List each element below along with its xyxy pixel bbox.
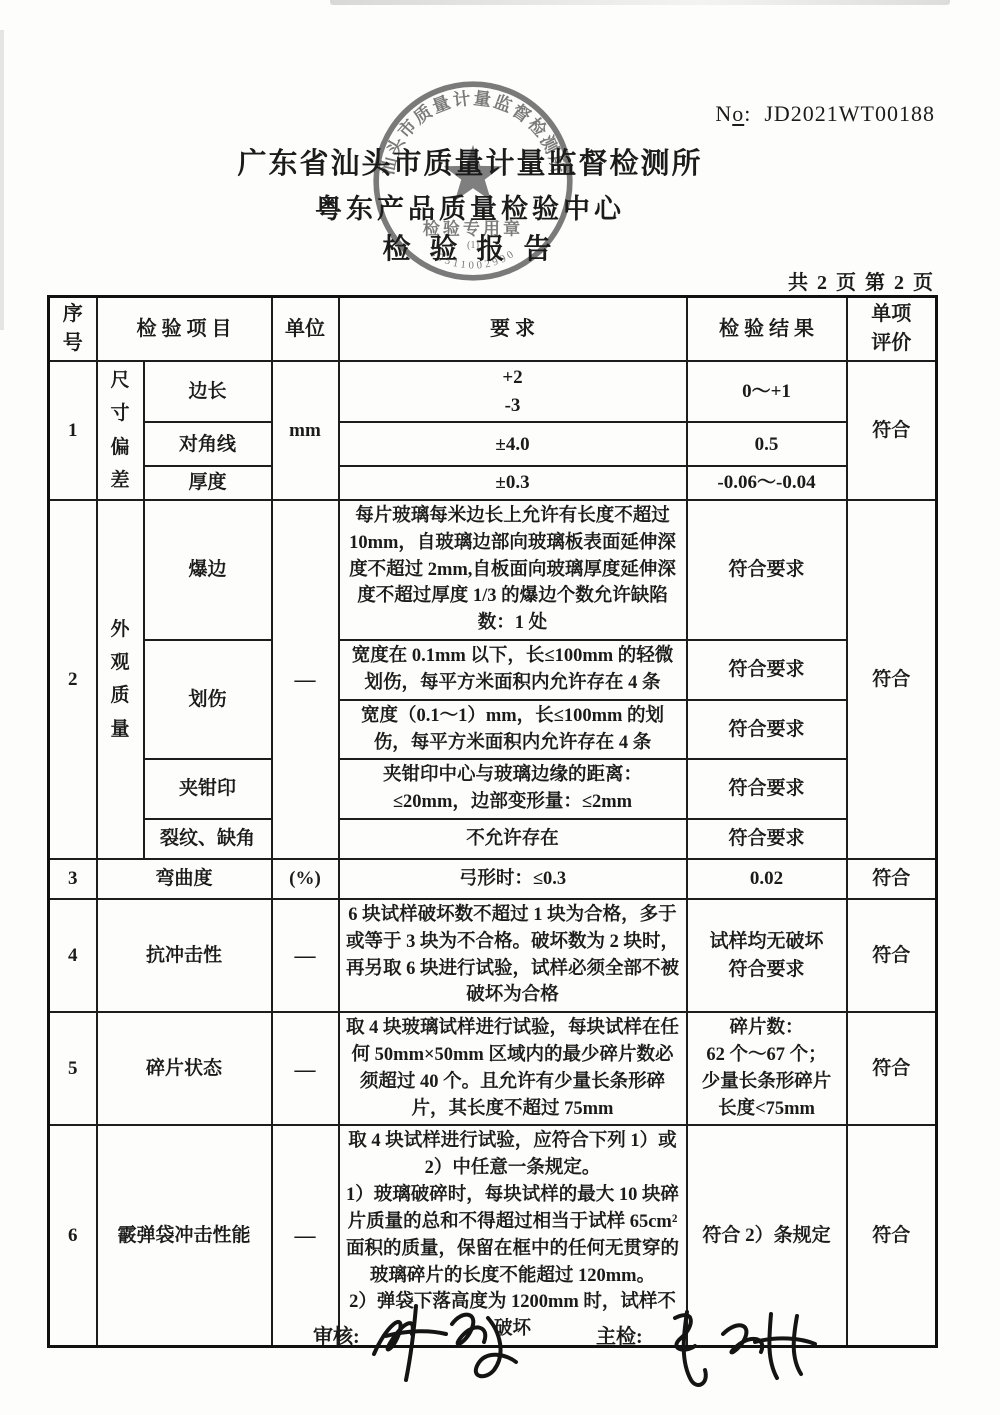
row4-unit: — <box>272 899 339 1012</box>
row5-item: 碎片状态 <box>97 1012 272 1125</box>
scanned-report-page: 汕头市质量计量监督检测所 检验专用章 (1) 40511002990 No: J… <box>0 0 1000 1415</box>
row3-evaluation: 符合 <box>847 859 937 899</box>
col-header-no: 序 号 <box>49 297 97 362</box>
row1-no: 1 <box>49 361 97 500</box>
row6-no: 6 <box>49 1125 97 1346</box>
row2-item-cracks: 裂纹、缺角 <box>144 819 272 859</box>
col-header-result: 检 验 结 果 <box>687 297 847 362</box>
organization-name: 广东省汕头市质量计量监督检测所 <box>0 141 940 182</box>
row2-category: 外观质量 <box>97 500 144 859</box>
row2-result-edge-chips: 符合要求 <box>687 500 847 640</box>
report-number-value: JD2021WT00188 <box>764 101 935 126</box>
chief-inspector-signature <box>655 1300 830 1400</box>
report-number: No: JD2021WT00188 <box>0 101 935 127</box>
inspection-center-name: 粤东产品质量检验中心 <box>0 187 940 226</box>
row2-evaluation: 符合 <box>847 500 937 859</box>
inspection-results-table: 序 号 检 验 项 目 单位 要 求 检 验 结 果 单项 评价 1 尺寸偏差 … <box>47 295 938 1348</box>
row6-item: 霰弹袋冲击性能 <box>97 1125 272 1346</box>
col-header-unit: 单位 <box>272 297 339 362</box>
row2-unit: — <box>272 500 339 859</box>
col-header-evaluation: 单项 评价 <box>847 297 937 362</box>
row1-category: 尺寸偏差 <box>97 361 144 500</box>
row6-unit: — <box>272 1125 339 1346</box>
row1-unit: mm <box>272 361 339 500</box>
row3-no: 3 <box>49 859 97 899</box>
row4-item: 抗冲击性 <box>97 899 272 1012</box>
row2-item-scratches: 划伤 <box>144 640 272 759</box>
row1-result-thickness: -0.06～-0.04 <box>687 466 847 500</box>
row2-item-edge-chips: 爆边 <box>144 500 272 640</box>
row1-req-diagonal: ±4.0 <box>339 422 687 466</box>
row4-no: 4 <box>49 899 97 1012</box>
row2-req-clamp-mark: 夹钳印中心与玻璃边缘的距离：≤20mm，边部变形量：≤2mm <box>339 759 687 819</box>
col-header-requirement: 要 求 <box>339 297 687 362</box>
row6-evaluation: 符合 <box>847 1125 937 1346</box>
row1-req-side-length: +2 -3 <box>339 361 687 422</box>
row2-result-scratches: 符合要求 <box>687 700 847 760</box>
row3-item: 弯曲度 <box>97 859 272 899</box>
row2-req-edge-chips: 每片玻璃每米边长上允许有长度不超过 10mm，自玻璃边部向玻璃板表面延伸深度不超… <box>339 500 687 640</box>
row2-req-cracks: 不允许存在 <box>339 819 687 859</box>
row1-item-thickness: 厚度 <box>144 466 272 500</box>
row2-no: 2 <box>49 500 97 859</box>
reviewer-label: 审核: <box>313 1320 360 1349</box>
row1-result-side-length: 0～+1 <box>687 361 847 422</box>
row2-result-cracks: 符合要求 <box>687 819 847 859</box>
row3-req: 弓形时：≤0.3 <box>339 859 687 899</box>
chief-inspector-label: 主检: <box>596 1320 643 1349</box>
col-header-item: 检 验 项 目 <box>97 297 272 362</box>
row1-item-diagonal: 对角线 <box>144 422 272 466</box>
row1-result-diagonal: 0.5 <box>687 422 847 466</box>
reviewer-signature <box>360 1292 530 1397</box>
row4-result: 试样均无破坏 符合要求 <box>687 899 847 1012</box>
row2-item-clamp-mark: 夹钳印 <box>144 759 272 819</box>
row2-req-scratches-light: 宽度在 0.1mm 以下，长≤100mm 的轻微划伤，每平方米面积内允许存在 4… <box>339 640 687 700</box>
document-title: 检 验 报 告 <box>0 227 940 267</box>
scan-artifact-top <box>330 0 950 5</box>
row2-req-scratches: 宽度（0.1～1）mm，长≤100mm 的划伤，每平方米面积内允许存在 4 条 <box>339 700 687 760</box>
row1-evaluation: 符合 <box>847 361 937 500</box>
row3-unit: (%) <box>272 859 339 899</box>
row3-result: 0.02 <box>687 859 847 899</box>
row4-req: 6 块试样破坏数不超过 1 块为合格，多于或等于 3 块为不合格。破坏数为 2 … <box>339 899 687 1012</box>
row4-evaluation: 符合 <box>847 899 937 1012</box>
row5-req: 取 4 块玻璃试样进行试验，每块试样在任何 50mm×50mm 区域内的最少碎片… <box>339 1012 687 1125</box>
row1-item-side-length: 边长 <box>144 361 272 422</box>
row5-no: 5 <box>49 1012 97 1125</box>
row1-req-thickness: ±0.3 <box>339 466 687 500</box>
row5-evaluation: 符合 <box>847 1012 937 1125</box>
row2-result-clamp-mark: 符合要求 <box>687 759 847 819</box>
row2-result-scratches-light: 符合要求 <box>687 640 847 700</box>
row5-result: 碎片数： 62 个～67 个； 少量长条形碎片 长度<75mm <box>687 1012 847 1125</box>
page-indicator: 共 2 页 第 2 页 <box>0 266 935 295</box>
report-number-label: N <box>715 101 732 126</box>
row5-unit: — <box>272 1012 339 1125</box>
